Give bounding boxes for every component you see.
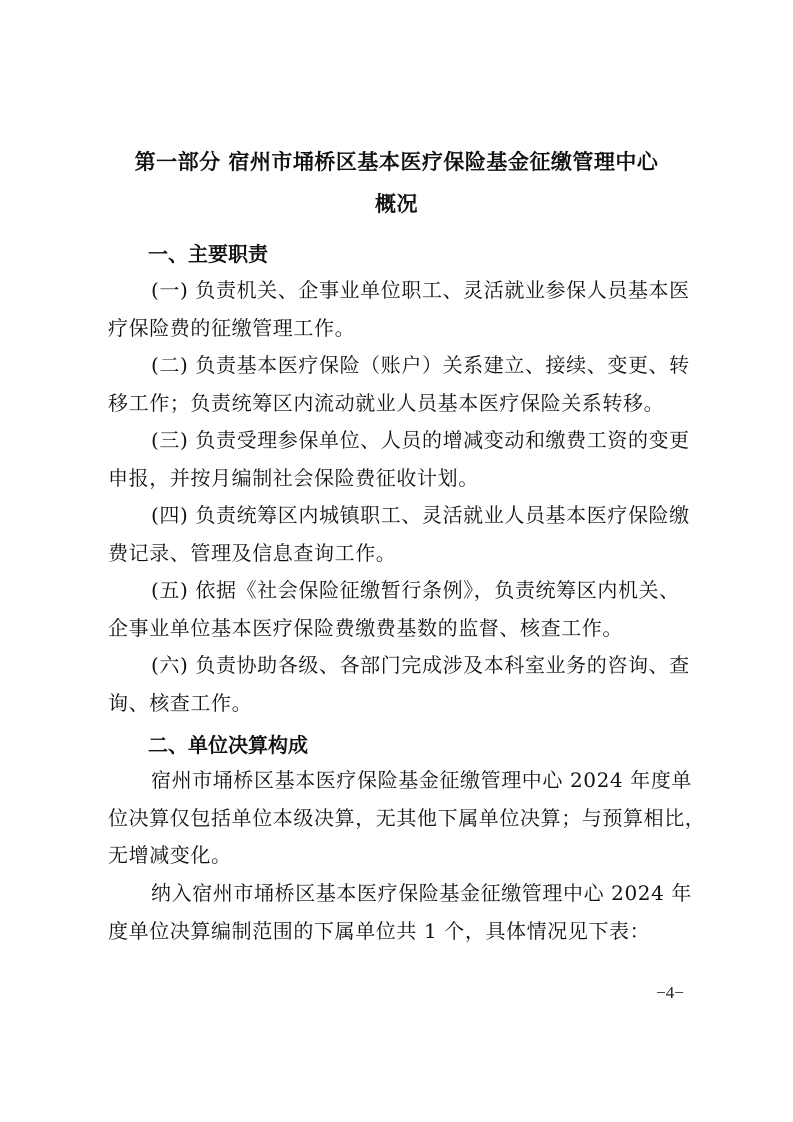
paragraph-line: (六) 负责协助各级、各部门完成涉及本科室业务的咨询、查 — [108, 647, 692, 685]
paragraph-line: 移工作；负责统筹区内流动就业人员基本医疗保险关系转移。 — [108, 385, 692, 423]
duty-paragraph-4: (四) 负责统筹区内城镇职工、灵活就业人员基本医疗保险缴 费记录、管理及信息查询… — [108, 497, 692, 572]
paragraph-line: 疗保险费的征缴管理工作。 — [108, 310, 692, 348]
paragraph-line: 纳入宿州市埇桥区基本医疗保险基金征缴管理中心 2024 年 — [108, 875, 692, 913]
paragraph-line: (一) 负责机关、企事业单位职工、灵活就业参保人员基本医 — [108, 272, 692, 310]
document-title: 第一部分 宿州市埇桥区基本医疗保险基金征缴管理中心 — [0, 146, 793, 176]
paragraph-line: (二) 负责基本医疗保险（账户）关系建立、接续、变更、转 — [108, 347, 692, 385]
paragraph-line: 无增减变化。 — [108, 837, 692, 875]
paragraph-line: 宿州市埇桥区基本医疗保险基金征缴管理中心 2024 年度单 — [108, 762, 692, 800]
paragraph-line: 企事业单位基本医疗保险费缴费基数的监督、核查工作。 — [108, 610, 692, 648]
paragraph-line: (三) 负责受理参保单位、人员的增减变动和缴费工资的变更 — [108, 422, 692, 460]
duty-paragraph-6: (六) 负责协助各级、各部门完成涉及本科室业务的咨询、查 询、核查工作。 — [108, 647, 692, 722]
paragraph-line: 位决算仅包括单位本级决算，无其他下属单位决算；与预算相比， — [108, 800, 692, 838]
duty-paragraph-2: (二) 负责基本医疗保险（账户）关系建立、接续、变更、转 移工作；负责统筹区内流… — [108, 347, 692, 422]
budget-paragraph-2: 纳入宿州市埇桥区基本医疗保险基金征缴管理中心 2024 年 度单位决算编制范围的… — [108, 875, 692, 950]
paragraph-line: (四) 负责统筹区内城镇职工、灵活就业人员基本医疗保险缴 — [108, 497, 692, 535]
budget-paragraph-1: 宿州市埇桥区基本医疗保险基金征缴管理中心 2024 年度单 位决算仅包括单位本级… — [108, 762, 692, 875]
page-number: −4− — [640, 983, 700, 1003]
duty-paragraph-5: (五) 依据《社会保险征缴暂行条例》，负责统筹区内机关、 企事业单位基本医疗保险… — [108, 572, 692, 647]
paragraph-line: (五) 依据《社会保险征缴暂行条例》，负责统筹区内机关、 — [108, 572, 692, 610]
paragraph-line: 询、核查工作。 — [108, 685, 692, 723]
section-heading-main-duties: 一、主要职责 — [148, 238, 268, 267]
document-subtitle: 概况 — [0, 188, 793, 218]
duty-paragraph-1: (一) 负责机关、企事业单位职工、灵活就业参保人员基本医 疗保险费的征缴管理工作… — [108, 272, 692, 347]
paragraph-line: 费记录、管理及信息查询工作。 — [108, 535, 692, 573]
paragraph-line: 度单位决算编制范围的下属单位共 1 个，具体情况见下表： — [108, 913, 692, 951]
document-page: 第一部分 宿州市埇桥区基本医疗保险基金征缴管理中心 概况 一、主要职责 (一) … — [0, 0, 793, 1122]
section-heading-budget-composition: 二、单位决算构成 — [148, 729, 308, 758]
paragraph-line: 申报，并按月编制社会保险费征收计划。 — [108, 460, 692, 498]
duty-paragraph-3: (三) 负责受理参保单位、人员的增减变动和缴费工资的变更 申报，并按月编制社会保… — [108, 422, 692, 497]
